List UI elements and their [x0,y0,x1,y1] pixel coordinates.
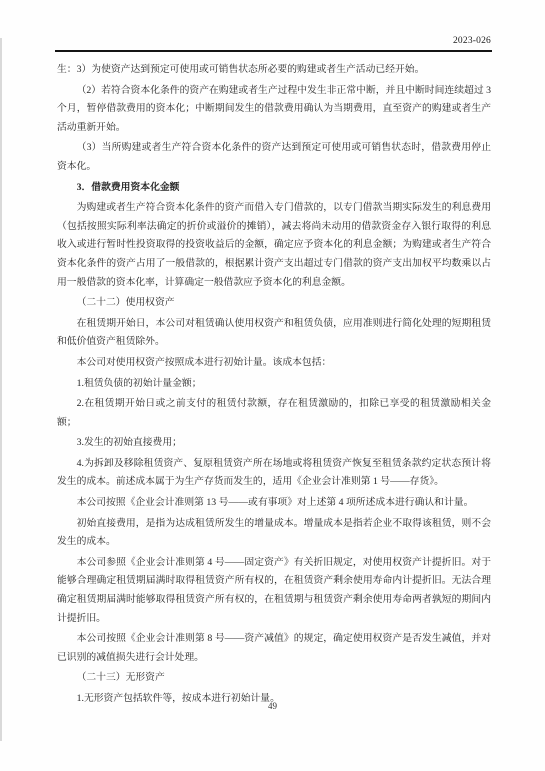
list-item: 1.租赁负债的初始计量金额； [57,375,491,394]
list-item: 2.在租赁期开始日或之前支付的租赁付款额，存在租赁激励的，扣除已享受的租赁激励相… [57,395,491,432]
section-heading: （二十二）使用权资产 [57,294,491,313]
list-item: 4.为拆卸及移除租赁资产、复原租赁资产所在场地或将租赁资产恢复至租赁条款约定状态… [57,455,491,492]
document-number: 2023-026 [453,35,491,47]
body-paragraph: （2）若符合资本化条件的资产在购建或者生产过程中发生非正常中断，并且中断时间连续… [57,82,491,138]
body-paragraph: （3）当所购建或者生产符合资本化条件的资产达到预定可使用或可销售状态时，借款费用… [57,139,491,176]
section-heading: （二十三）无形资产 [57,669,491,688]
body-paragraph-continuation: 生：3）为使资产达到预定可使用或可销售状态所必要的购建或者生产活动已经开始。 [57,61,491,80]
body-paragraph: 初始直接费用，是指为达成租赁所发生的增量成本。增量成本是指若企业不取得该租赁，则… [57,515,491,552]
body-paragraph: 本公司对使用权资产按照成本进行初始计量。该成本包括： [57,354,491,373]
list-item: 3.发生的初始直接费用； [57,434,491,453]
body-paragraph: 本公司按照《企业会计准则第 13 号——或有事项》对上述第 4 项所述成本进行确… [57,494,491,513]
body-paragraph: 本公司按照《企业会计准则第 8 号——资产减值》的规定，确定使用权资产是否发生减… [57,630,491,667]
numbered-heading: 3．借款费用资本化金额 [57,179,491,198]
page-body: 生：3）为使资产达到预定可使用或可销售状态所必要的购建或者生产活动已经开始。 （… [57,61,491,709]
body-paragraph: 在租赁期开始日，本公司对租赁确认使用权资产和租赁负债，应用准则进行简化处理的短期… [57,315,491,352]
body-paragraph: 本公司参照《企业会计准则第 4 号——固定资产》有关折旧规定，对使用权资产计提折… [57,554,491,628]
page-number: 49 [0,701,545,711]
scan-edge-artifact [0,38,2,741]
body-paragraph: 为购建或者生产符合资本化条件的资产而借入专门借款的，以专门借款当期实际发生的利息… [57,199,491,292]
header-rule [55,50,492,52]
document-page: 2023-026 生：3）为使资产达到预定可使用或可销售状态所必要的购建或者生产… [0,0,545,771]
